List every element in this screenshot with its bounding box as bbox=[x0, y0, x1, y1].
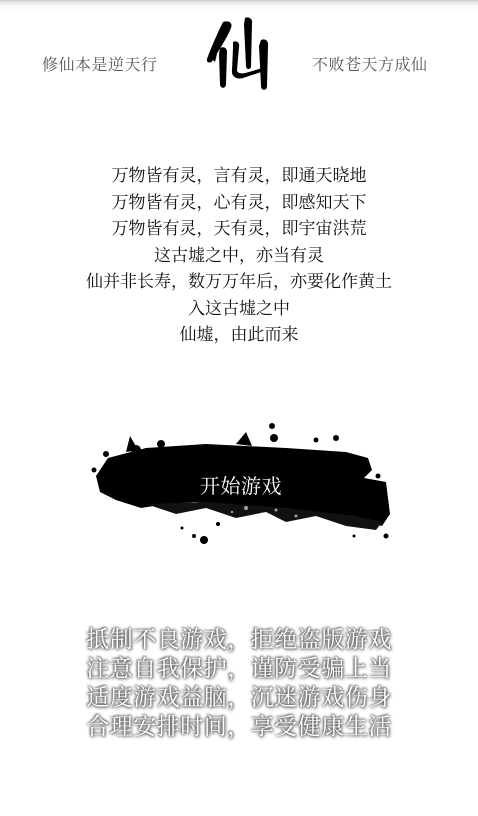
intro-text: 万物皆有灵，言有灵，即通天晓地 万物皆有灵，心有灵，即感知天下 万物皆有灵，天有… bbox=[0, 163, 478, 349]
intro-line: 万物皆有灵，天有灵，即宇宙洪荒 bbox=[0, 216, 478, 243]
intro-line: 这古墟之中，亦当有灵 bbox=[0, 243, 478, 270]
calligraphy-logo-icon bbox=[203, 14, 277, 90]
notice-line: 合理安排时间，享受健康生活 bbox=[0, 713, 478, 742]
notice-line: 抵制不良游戏，拒绝盗版游戏 bbox=[0, 626, 478, 655]
intro-line: 万物皆有灵，心有灵，即感知天下 bbox=[0, 190, 478, 217]
game-splash-screen: 修仙本是逆天行 不败苍天方成仙 万物皆有灵，言有灵，即通天晓地 万物皆有灵，心有… bbox=[0, 0, 478, 816]
intro-line: 万物皆有灵，言有灵，即通天晓地 bbox=[0, 163, 478, 190]
header: 修仙本是逆天行 不败苍天方成仙 bbox=[0, 14, 478, 94]
intro-line: 仙墟，由此而来 bbox=[0, 322, 478, 349]
notice-line: 注意自我保护，谨防受骗上当 bbox=[0, 655, 478, 684]
notice-line: 适度游戏益脑，沉迷游戏伤身 bbox=[0, 684, 478, 713]
slogan-right: 不败苍天方成仙 bbox=[312, 52, 428, 75]
intro-line: 入这古墟之中 bbox=[0, 296, 478, 323]
start-game-button[interactable]: 开始游戏 bbox=[86, 418, 396, 548]
intro-line: 仙并非长寿，数万万年后，亦要化作黄土 bbox=[0, 269, 478, 296]
status-bar-shadow bbox=[0, 0, 478, 12]
slogan-left: 修仙本是逆天行 bbox=[42, 52, 158, 75]
health-gaming-notice: 抵制不良游戏，拒绝盗版游戏 注意自我保护，谨防受骗上当 适度游戏益脑，沉迷游戏伤… bbox=[0, 626, 478, 742]
start-game-label: 开始游戏 bbox=[86, 470, 396, 499]
